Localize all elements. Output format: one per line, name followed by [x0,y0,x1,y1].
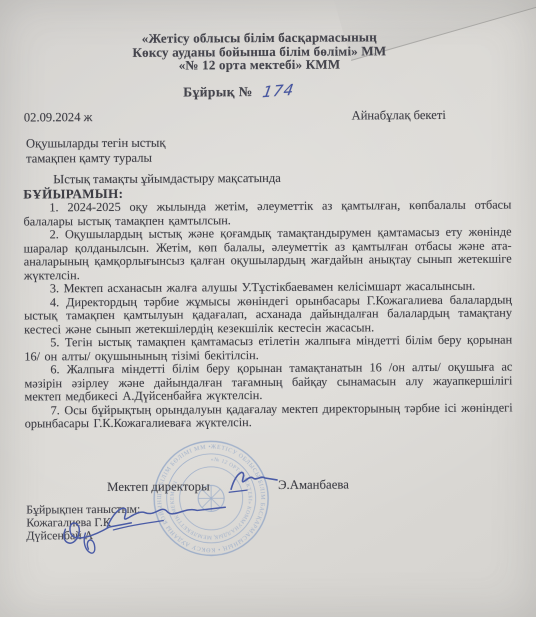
date-place-row: 02.09.2024 ж Айнабұлақ бекеті [24,108,446,126]
document-content: «Жетісу облысы білім басқармасының Көксу… [0,0,536,617]
director-name: Э.Аманбаева [278,478,349,493]
order-subject: Оқушыларды тегін ыстық тамақпен қамту ту… [26,136,166,167]
order-item: 6. Жалпыға міндетті білім беру қорынан т… [24,361,512,404]
order-number-line: Бұйрық № 174 [0,81,479,102]
order-place: Айнабұлақ бекеті [352,108,446,124]
order-date: 02.09.2024 ж [24,110,93,125]
scanned-order-document: «Жетісу облысы білім басқармасының Көксу… [0,0,536,617]
subject-line-2: тамақпен қамту туралы [26,151,166,167]
director-signature [227,466,281,496]
order-item: 2. Оқушылардың ыстық және қоғамдық тамақ… [24,226,512,283]
order-number-handwritten: 174 [261,81,296,102]
order-label: Бұйрық № [183,84,253,99]
org-line-3: «№ 12 орта мектебі» КММ [18,57,500,73]
order-item: 7. Осы бұйрықтың орындалуын қадағалау ме… [25,401,513,431]
organization-header: «Жетісу облысы білім басқармасының Көксу… [18,30,500,73]
duisenbai-signature [55,513,175,566]
preamble: Ыстық тамақты ұйымдастыру мақсатында [23,170,511,188]
subject-line-1: Оқушыларды тегін ыстық [26,136,166,152]
order-item: 4. Директордың тәрбие жұмысы жөніндегі о… [24,293,512,336]
director-role-label: Мектеп директоры [107,479,210,495]
order-items: 1. 2024-2025 оқу жылында жетім, әлеуметт… [23,199,512,431]
